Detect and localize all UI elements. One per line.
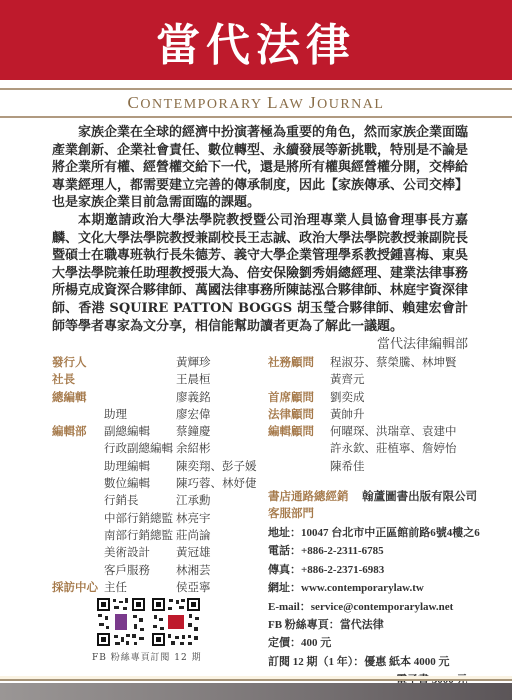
website-link[interactable]: 網址：www.contemporarylaw.tw [268,579,498,597]
advisor-row: 陳希佳 [268,458,488,475]
advisor-names: 何曜琛、洪瑞章、袁建中 [330,423,457,440]
qr-subscribe: 訂閱 12 期 [150,596,202,663]
footer-band [0,683,512,700]
advisor-row: 許永欽、莊植寧、詹婷怡 [268,440,488,457]
intro-paragraph: 本期邀請政治大學法學院教授暨公司治理專業人員協會理事長方嘉麟、文化大學法學院教授… [52,212,468,335]
subscription-price: 訂閱 12 期（1 年）：優惠 紙本 4000 元 [268,653,498,671]
staff-position: 中部行銷總監 [104,510,176,527]
staff-row: 社長王晨桓 [52,371,262,388]
customer-service-label: 客服部門 [268,505,488,522]
staff-position: 助理 [104,406,176,423]
staff-role [52,406,104,423]
staff-row: 中部行銷總監林亮宇 [52,510,262,527]
subtitle-part: OURNAL [317,97,384,112]
advisor-role [268,371,330,388]
staff-position: 行政副總編輯 [104,440,176,457]
advisor-role [268,458,330,475]
divider-rule [0,116,512,118]
staff-position [104,371,176,388]
staff-names: 林湘芸 [176,562,211,579]
staff-role [52,562,104,579]
staff-role [52,492,104,509]
facebook-page: FB 粉絲專頁：當代法律 [268,616,498,634]
journal-title: 當代法律 [156,9,356,73]
editorial-signature: 當代法律編輯部 [52,336,468,354]
staff-names: 黃輝珍 [176,354,211,371]
fax: 傳真：+886-2-2371-6983 [268,561,498,579]
journal-subtitle: CONTEMPORARY LAW JOURNAL [0,92,512,114]
staff-row: 行政副總編輯余紹彬 [52,440,262,457]
email-link[interactable]: E-mail：service@contemporarylaw.net [268,598,498,616]
qr-code-icon[interactable] [150,596,202,648]
divider-rule [0,88,512,90]
contact-info: 地址：10047 台北市中正區館前路6號4樓之6 電話：+886-2-2311-… [268,524,498,690]
distributor-name: 翰蘆圖書出版有限公司 [362,489,477,503]
staff-position: 數位編輯 [104,475,176,492]
advisor-row: 編輯顧問何曜琛、洪瑞章、袁建中 [268,423,488,440]
staff-names: 蔡鐘慶 [176,423,211,440]
staff-position [104,389,176,406]
staff-position: 南部行銷總監 [104,527,176,544]
staff-position: 副總編輯 [104,423,176,440]
advisor-role [268,440,330,457]
qr-caption: 訂閱 12 期 [150,650,201,663]
staff-names: 林亮宇 [176,510,211,527]
advisor-role: 法律顧問 [268,406,330,423]
masthead-staff-list: 發行人黃輝珍社長王晨桓總編輯廖義銘助理廖宏偉編輯部副總編輯蔡鐘慶行政副總編輯余紹… [52,354,262,596]
advisor-names: 程淑芬、蔡榮騰、林坤賢 [330,354,457,371]
qr-code-icon[interactable] [95,596,147,648]
staff-names: 莊尚論 [176,527,211,544]
staff-names: 廖義銘 [176,389,211,406]
staff-row: 行銷長江承勳 [52,492,262,509]
staff-names: 江承勳 [176,492,211,509]
qr-caption: FB 粉絲專頁 [92,650,151,663]
staff-row: 助理廖宏偉 [52,406,262,423]
subtitle-part: AW [279,97,309,112]
advisors-list: 社務顧問程淑芬、蔡榮騰、林坤賢黃齊元首席顧問劉奕成法律顧問黃帥升編輯顧問何曜琛、… [268,354,488,475]
staff-row: 客戶服務林湘芸 [52,562,262,579]
staff-position: 美術設計 [104,544,176,561]
staff-names: 陳巧蓉、林妤倢 [176,475,257,492]
distribution-info: 書店通路總經銷 翰蘆圖書出版有限公司 客服部門 [268,488,488,522]
staff-role [52,458,104,475]
address: 地址：10047 台北市中正區館前路6號4樓之6 [268,524,498,542]
editorial-intro: 家族企業在全球的經濟中扮演著極為重要的角色，然而家族企業面臨產業創新、企業社會責… [52,124,468,354]
staff-position: 主任 [104,579,176,596]
advisor-role: 編輯顧問 [268,423,330,440]
staff-role [52,440,104,457]
staff-position: 客戶服務 [104,562,176,579]
staff-names: 侯亞寧 [176,579,211,596]
staff-names: 廖宏偉 [176,406,211,423]
advisor-role: 首席顧問 [268,389,330,406]
staff-role: 總編輯 [52,389,104,406]
staff-names: 余紹彬 [176,440,211,457]
advisor-names: 許永欽、莊植寧、詹婷怡 [330,440,457,457]
staff-role [52,544,104,561]
staff-names: 陳奕翔、彭子媛 [176,458,257,475]
staff-names: 黃冠雄 [176,544,211,561]
advisor-row: 法律顧問黃帥升 [268,406,488,423]
staff-role [52,475,104,492]
staff-row: 編輯部副總編輯蔡鐘慶 [52,423,262,440]
staff-row: 數位編輯陳巧蓉、林妤倢 [52,475,262,492]
subtitle-part: J [309,93,317,112]
staff-position [104,354,176,371]
phone: 電話：+886-2-2311-6785 [268,542,498,560]
staff-role: 發行人 [52,354,104,371]
subtitle-part: L [267,93,279,112]
staff-row: 南部行銷總監莊尚論 [52,527,262,544]
intro-paragraph: 家族企業在全球的經濟中扮演著極為重要的角色，然而家族企業面臨產業創新、企業社會責… [52,124,468,212]
advisor-names: 黃帥升 [330,406,365,423]
advisor-names: 劉奕成 [330,389,365,406]
staff-position: 行銷長 [104,492,176,509]
masthead-banner: 當代法律 [0,0,512,80]
advisor-role: 社務顧問 [268,354,330,371]
staff-role [52,527,104,544]
distributor-label: 書店通路總經銷 [268,489,349,503]
staff-role [52,510,104,527]
staff-role: 編輯部 [52,423,104,440]
subtitle-part: ONTEMPORARY [140,97,267,112]
subtitle-part: C [128,93,141,112]
advisor-row: 社務顧問程淑芬、蔡榮騰、林坤賢 [268,354,488,371]
staff-row: 總編輯廖義銘 [52,389,262,406]
staff-row: 助理編輯陳奕翔、彭子媛 [52,458,262,475]
price: 定價：400 元 [268,634,498,652]
staff-role: 採訪中心 [52,579,104,596]
staff-names: 王晨桓 [176,371,211,388]
staff-row: 採訪中心主任侯亞寧 [52,579,262,596]
staff-position: 助理編輯 [104,458,176,475]
staff-row: 發行人黃輝珍 [52,354,262,371]
advisor-row: 首席顧問劉奕成 [268,389,488,406]
qr-fb: FB 粉絲專頁 [92,596,151,663]
advisor-names: 黃齊元 [330,371,365,388]
advisor-names: 陳希佳 [330,458,365,475]
staff-role: 社長 [52,371,104,388]
staff-row: 美術設計黃冠雄 [52,544,262,561]
advisor-row: 黃齊元 [268,371,488,388]
divider-rule [0,679,512,681]
